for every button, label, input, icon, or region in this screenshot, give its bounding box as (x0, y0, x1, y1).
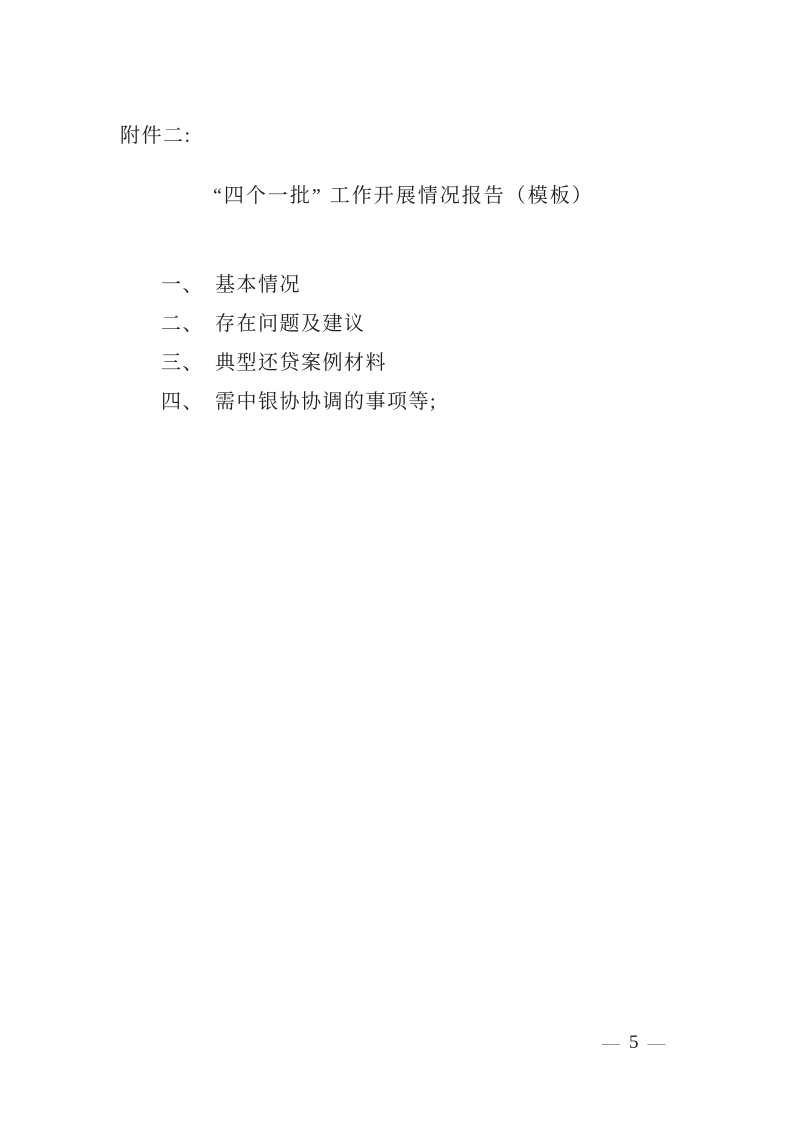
list-item-number: 二、 (161, 313, 204, 335)
footer-dash-right: — (648, 1033, 666, 1054)
list-item-text: 存在问题及建议 (215, 313, 366, 335)
list-item: 一、基本情况 (122, 243, 437, 282)
outline-list: 一、基本情况 二、存在问题及建议 三、典型还贷案例材料 四、需中银协协调的事项等… (122, 243, 437, 399)
document-page: 附件二: “四个一批” 工作开展情况报告（模板） 一、基本情况 二、存在问题及建… (0, 0, 793, 1122)
page-footer: — 5 — (602, 1032, 666, 1054)
attachment-label: 附件二: (120, 119, 192, 148)
list-item-number: 四、 (161, 391, 204, 413)
page-number: 5 (629, 1032, 639, 1054)
list-item-number: 三、 (161, 352, 204, 374)
list-item-text: 基本情况 (215, 274, 301, 296)
list-item-text: 典型还贷案例材料 (215, 352, 387, 374)
document-title: “四个一批” 工作开展情况报告（模板） (213, 179, 594, 208)
footer-dash-left: — (602, 1033, 620, 1054)
list-item-text: 需中银协协调的事项等; (215, 391, 437, 413)
list-item-number: 一、 (161, 274, 204, 296)
